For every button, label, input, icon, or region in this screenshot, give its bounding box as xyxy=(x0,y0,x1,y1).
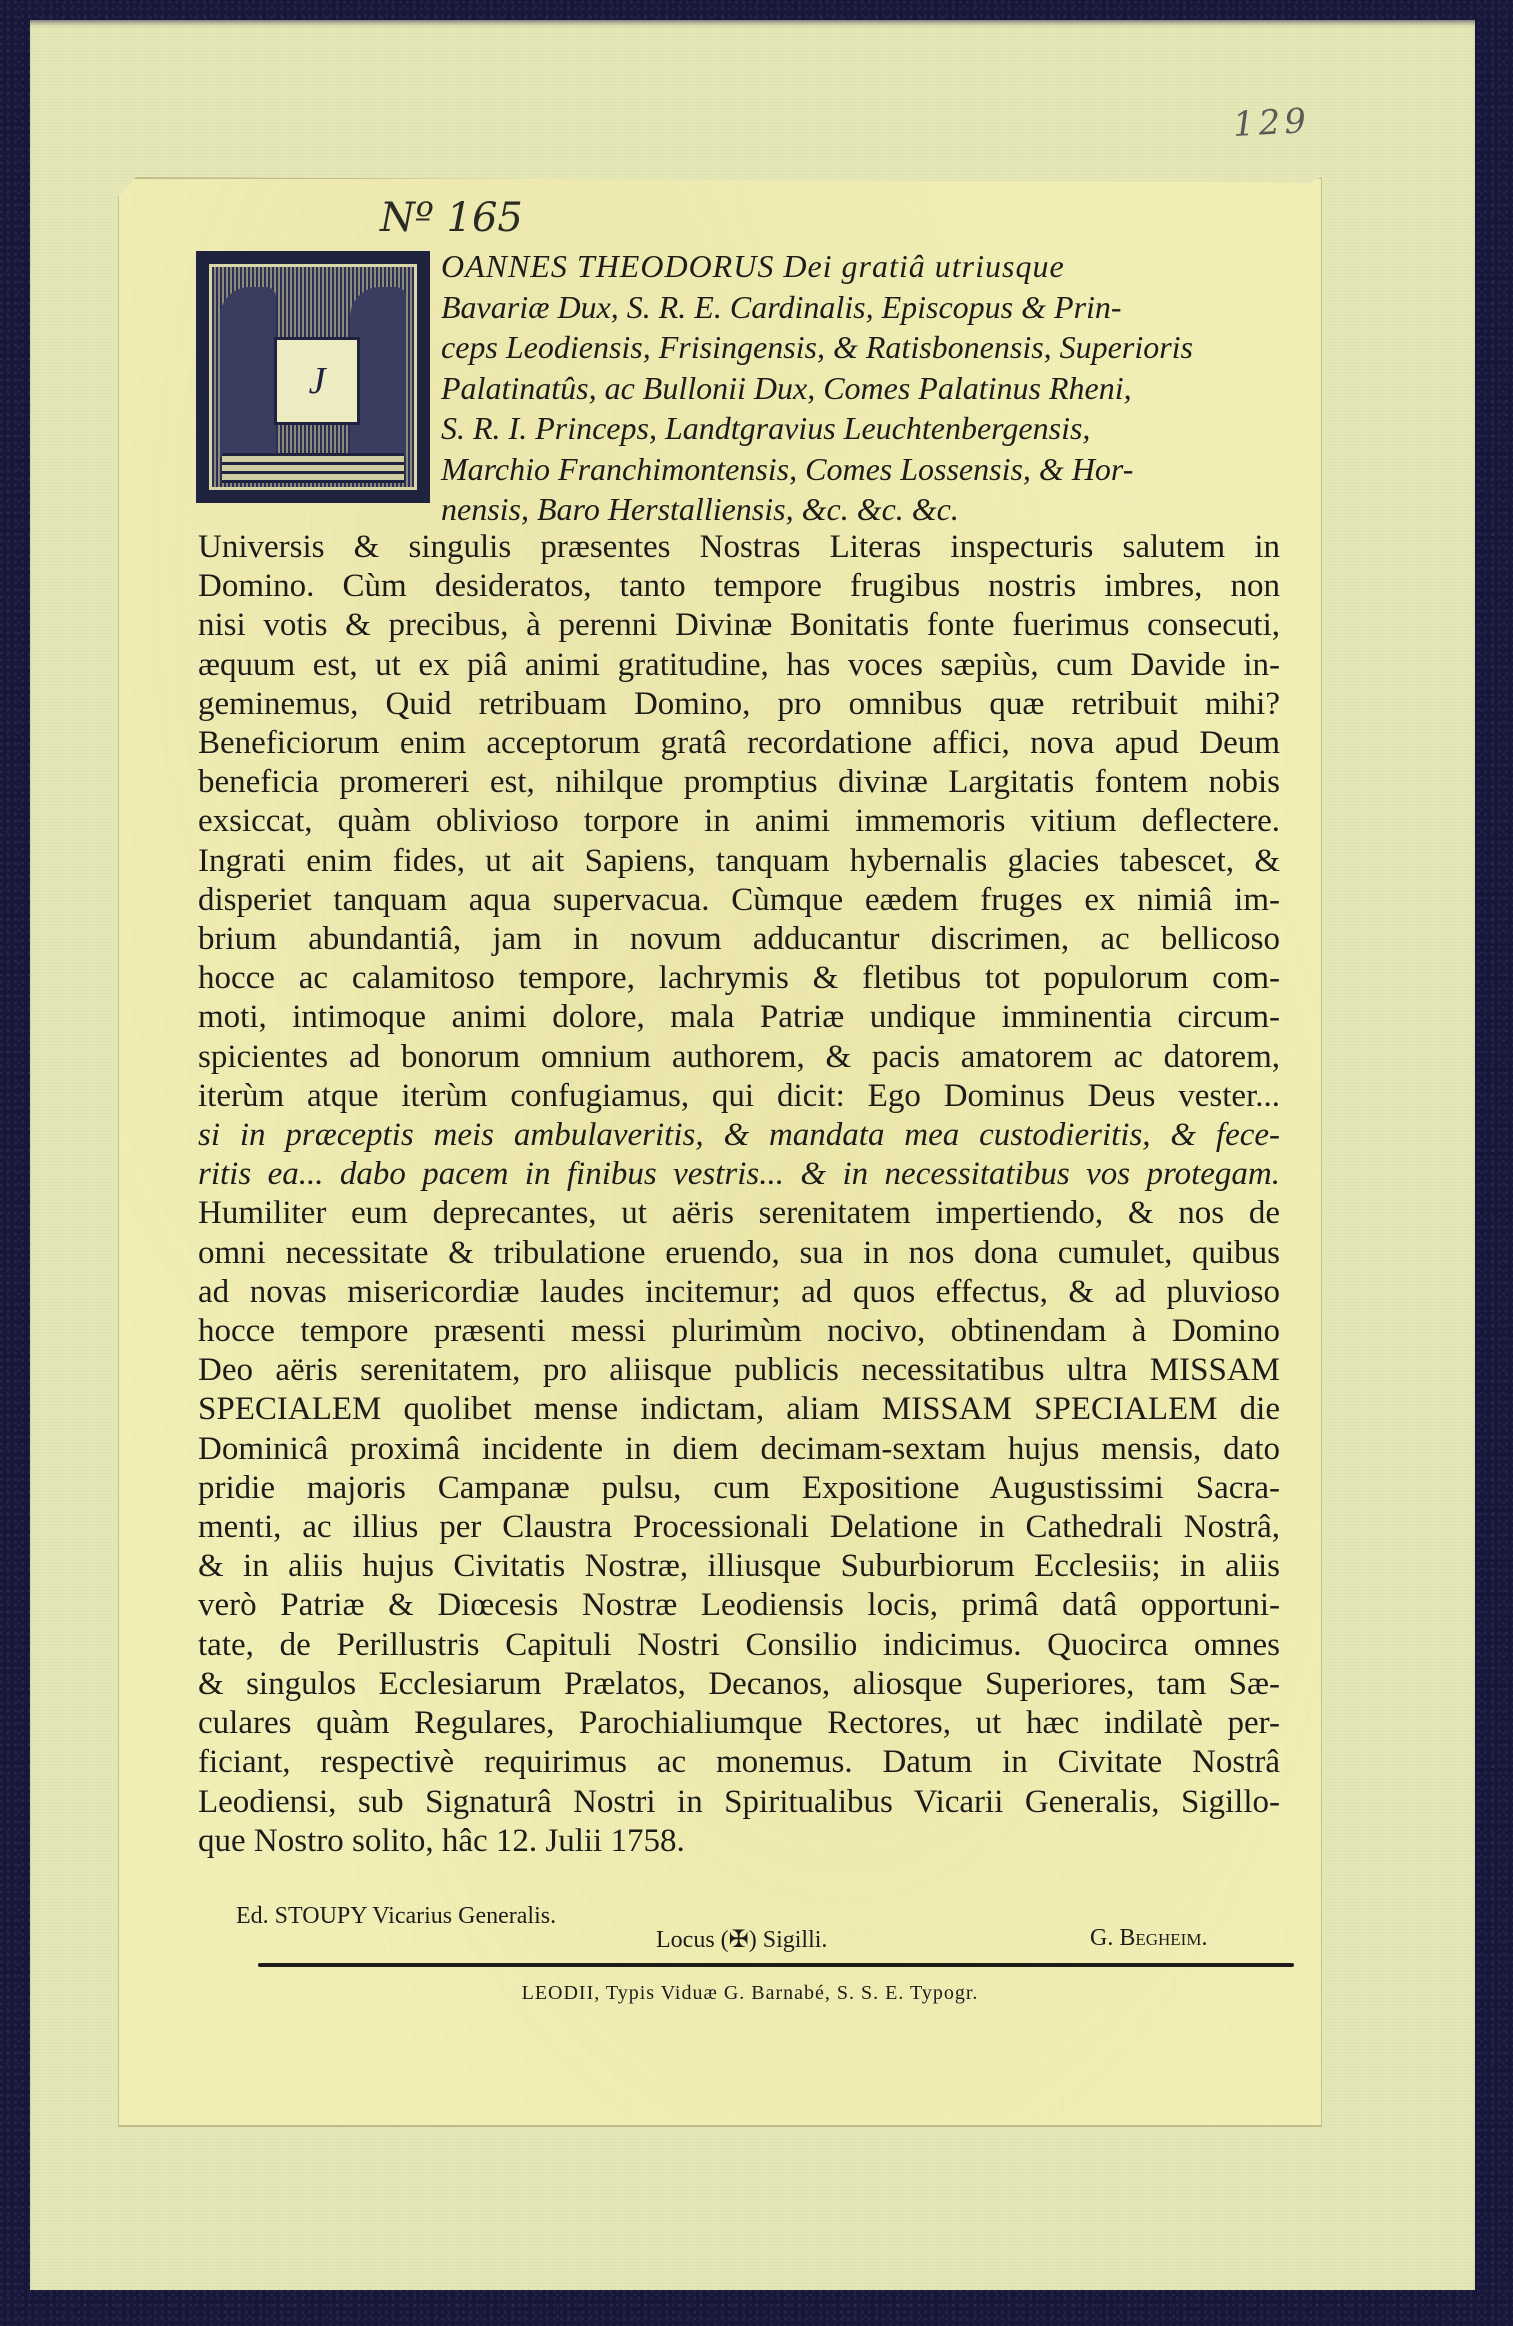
body-line-date: que Nostro solito, hâc 12. Julii 1758. xyxy=(198,1822,1280,1861)
secretary-signature: G. Begheim. xyxy=(1090,1925,1207,1952)
body-line: ad novas misericordiæ laudes incitemur; … xyxy=(198,1273,1280,1312)
printer-imprint: LEODII, Typis Viduæ G. Barnabé, S. S. E.… xyxy=(300,1982,1200,2005)
body-line: æquum est, ut ex piâ animi gratitudine, … xyxy=(198,646,1280,685)
body-line: pridie majoris Campanæ pulsu, cum Exposi… xyxy=(198,1469,1280,1508)
title-block: OANNES THEODORUS Dei gratiâ utriusque Ba… xyxy=(441,246,1273,530)
body-line: culares quàm Regulares, Parochialiumque … xyxy=(198,1704,1280,1743)
title-line: S. R. I. Princeps, Landtgravius Leuchten… xyxy=(441,408,1273,449)
body-line: iterùm atque iterùm confugiamus, qui dic… xyxy=(198,1077,1280,1116)
body-line: Domino. Cùm desideratos, tanto tempore f… xyxy=(198,567,1280,606)
woodcut-frame: J xyxy=(209,264,417,490)
seal-placeholder: Locus (✠) Sigilli. xyxy=(656,1925,827,1954)
curtain-left-icon xyxy=(220,287,276,457)
body-line: beneficia promereri est, nihilque prompt… xyxy=(198,763,1280,802)
body-line: verò Patriæ & Diœcesis Nostræ Leodiensis… xyxy=(198,1586,1280,1625)
woodcut-initial-icon: J xyxy=(196,251,430,503)
body-line: ficiant, respectivè requirimus ac monemu… xyxy=(198,1743,1280,1782)
body-line: Leodiensi, sub Signaturâ Nostri in Spiri… xyxy=(198,1783,1280,1822)
altar-steps-icon xyxy=(222,453,404,483)
body-line: Humiliter eum deprecantes, ut aëris sere… xyxy=(198,1194,1280,1233)
body-line: Ingrati enim fides, ut ait Sapiens, tanq… xyxy=(198,842,1280,881)
body-line: si in præceptis meis ambulaveritis, & ma… xyxy=(198,1116,1280,1155)
body-line: spicientes ad bonorum omnium authorem, &… xyxy=(198,1038,1280,1077)
body-line: hocce tempore præsenti messi plurimùm no… xyxy=(198,1312,1280,1351)
title-line: Palatinatûs, ac Bullonii Dux, Comes Pala… xyxy=(441,368,1273,409)
body-line: Universis & singulis præsentes Nostras L… xyxy=(198,528,1280,567)
body-line: omni necessitate & tribulatione eruendo,… xyxy=(198,1234,1280,1273)
title-line: Marchio Franchimontensis, Comes Lossensi… xyxy=(441,449,1273,490)
body-line: hocce ac calamitoso tempore, lachrymis &… xyxy=(198,959,1280,998)
body-line: brium abundantiâ, jam in novum adducantu… xyxy=(198,920,1280,959)
title-line: Bavariæ Dux, S. R. E. Cardinalis, Episco… xyxy=(441,287,1273,328)
body-line: & in aliis hujus Civitatis Nostræ, illiu… xyxy=(198,1547,1280,1586)
body-line: geminemus, Quid retribuam Domino, pro om… xyxy=(198,685,1280,724)
body-line: Beneficiorum enim acceptorum gratâ recor… xyxy=(198,724,1280,763)
body-line: SPECIALEM quolibet mense indictam, aliam… xyxy=(198,1390,1280,1429)
title-line: ceps Leodiensis, Frisingensis, & Ratisbo… xyxy=(441,327,1273,368)
mandate-body-text: Universis & singulis præsentes Nostras L… xyxy=(198,528,1280,1861)
body-line: ritis ea... dabo pacem in finibus vestri… xyxy=(198,1155,1280,1194)
folio-number: 129 xyxy=(1232,101,1311,145)
initial-letter: J xyxy=(274,337,360,425)
body-line: Deo aëris serenitatem, pro aliisque publ… xyxy=(198,1351,1280,1390)
body-line: exsiccat, quàm oblivioso torpore in anim… xyxy=(198,802,1280,841)
body-line: tate, de Perillustris Capituli Nostri Co… xyxy=(198,1626,1280,1665)
title-line: nensis, Baro Herstalliensis, &c. &c. &c. xyxy=(441,489,1273,530)
body-line: & singulos Ecclesiarum Prælatos, Decanos… xyxy=(198,1665,1280,1704)
body-line: Dominicâ proximâ incidente in diem decim… xyxy=(198,1430,1280,1469)
body-line: disperiet tanquam aqua supervacua. Cùmqu… xyxy=(198,881,1280,920)
body-line: moti, intimoque animi dolore, mala Patri… xyxy=(198,998,1280,1037)
body-line: menti, ac illius per Claustra Procession… xyxy=(198,1508,1280,1547)
body-line: nisi votis & precibus, à perenni Divinæ … xyxy=(198,606,1280,645)
title-line: OANNES THEODORUS Dei gratiâ utriusque xyxy=(441,246,1273,287)
vicar-general-signature: Ed. STOUPY Vicarius Generalis. xyxy=(236,1903,556,1930)
document-number: Nº 165 xyxy=(380,195,523,241)
divider-rule xyxy=(258,1963,1294,1967)
